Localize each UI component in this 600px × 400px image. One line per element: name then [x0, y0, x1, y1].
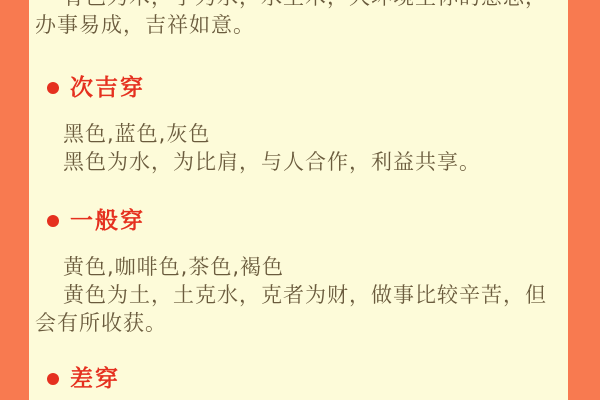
intro-line-2: 办事易成，吉祥如意。 — [35, 11, 562, 39]
section-heading-label: 次吉穿 — [70, 76, 145, 100]
intro-line-1: 青色为木，子为水，水生木，大环境生你的意思， — [35, 0, 562, 11]
bullet-icon — [47, 82, 59, 94]
content-panel: 青色为木，子为水，水生木，大环境生你的意思， 办事易成，吉祥如意。 次吉穿 黑色… — [29, 0, 568, 400]
page-background: { "colors": { "page_background": "#F87A5… — [0, 0, 600, 400]
bullet-icon — [47, 373, 59, 385]
section-heading-average: 一般穿 — [35, 209, 562, 233]
color-list-secondary-luck: 黑色,蓝色,灰色 — [35, 120, 562, 148]
description-average-line-2: 会有所收获。 — [35, 309, 562, 337]
color-list-average: 黄色,咖啡色,茶色,褐色 — [35, 253, 562, 281]
bullet-icon — [47, 215, 59, 227]
section-heading-label: 差穿 — [70, 367, 120, 391]
description-average-line-1: 黄色为土，土克水，克者为财，做事比较辛苦，但 — [35, 281, 562, 309]
description-secondary-luck: 黑色为水，为比肩，与人合作，利益共享。 — [35, 148, 562, 176]
section-heading-bad: 差穿 — [35, 367, 562, 391]
intro-paragraph: 青色为木，子为水，水生木，大环境生你的意思， 办事易成，吉祥如意。 — [35, 0, 562, 39]
section-heading-label: 一般穿 — [70, 209, 145, 233]
section-heading-secondary-luck: 次吉穿 — [35, 76, 562, 100]
